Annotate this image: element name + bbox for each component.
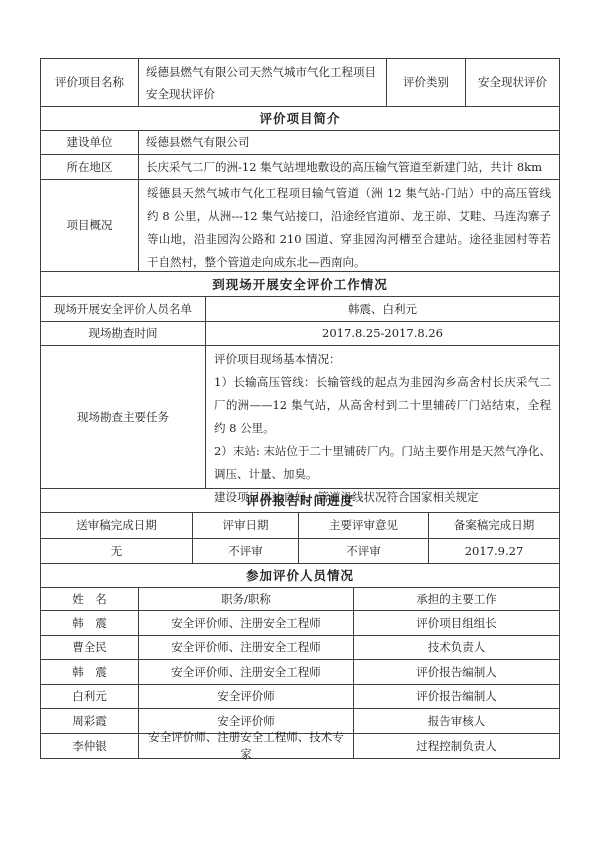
schedule-value-review-opinion: 不评审	[299, 539, 429, 563]
project-name-value: 绥德县燃气有限公司天然气城市气化工程项目安全现状评价	[139, 59, 387, 106]
project-overview-label: 项目概况	[41, 180, 139, 271]
evaluation-form-table: 评价项目名称 绥德县燃气有限公司天然气城市气化工程项目安全现状评价 评价类别 安…	[40, 58, 560, 759]
survey-tasks-paragraph: 2）末站: 末站位于二十里铺砖厂内。门站主要作用是天然气净化、调压、计量、加臭。	[214, 440, 551, 486]
project-overview-value: 绥德县天然气城市气化工程项目输气管道（洲 12 集气站-门站）中的高压管线约 8…	[139, 180, 559, 271]
document-page: 评价项目名称 绥德县燃气有限公司天然气城市气化工程项目安全现状评价 评价类别 安…	[0, 0, 600, 848]
table-row: 评价报告时间进度	[41, 489, 559, 513]
survey-tasks-label: 现场勘查主要任务	[41, 346, 206, 488]
participant-title: 安全评价师、注册安全工程师	[139, 636, 354, 659]
participant-role: 评价报告编制人	[354, 660, 559, 684]
participant-name: 周彩霞	[41, 709, 139, 733]
schedule-value-final-date: 2017.9.27	[429, 539, 559, 563]
participant-title: 安全评价师、注册安全工程师	[139, 611, 354, 635]
table-row: 项目概况 绥德县天然气城市气化工程项目输气管道（洲 12 集气站-门站）中的高压…	[41, 180, 559, 272]
section-title-participants: 参加评价人员情况	[41, 564, 559, 587]
evaluation-type-label: 评价类别	[387, 59, 466, 106]
survey-tasks-paragraph: 评价项目现场基本情况：	[214, 348, 551, 371]
participants-header-role: 承担的主要工作	[354, 588, 559, 610]
schedule-header-review-opinion: 主要评审意见	[299, 513, 429, 538]
schedule-header-review-date: 评审日期	[193, 513, 299, 538]
survey-tasks-paragraph: 1）长输高压管线：长输管线的起点为韭园沟乡高舍村长庆采气二厂的洲——12 集气站…	[214, 371, 551, 440]
participant-row: 韩 震 安全评价师、注册安全工程师 评价报告编制人	[41, 660, 559, 685]
participant-title: 安全评价师	[139, 685, 354, 708]
participants-header-title: 职务/职称	[139, 588, 354, 610]
participant-title: 安全评价师、注册安全工程师、技术专家	[139, 734, 354, 758]
construction-unit-value: 绥德县燃气有限公司	[139, 131, 559, 154]
table-row: 建设单位 绥德县燃气有限公司	[41, 131, 559, 155]
evaluation-type-value: 安全现状评价	[466, 59, 559, 106]
table-row: 姓 名 职务/职称 承担的主要工作	[41, 588, 559, 611]
participant-name: 白利元	[41, 685, 139, 708]
survey-personnel-value: 韩震、白利元	[206, 297, 559, 321]
table-row: 无 不评审 不评审 2017.9.27	[41, 539, 559, 564]
table-row: 参加评价人员情况	[41, 564, 559, 588]
location-value: 长庆采气二厂的洲-12 集气站埋地敷设的高压输气管道至新建门站，共计 8km	[139, 155, 559, 179]
participant-row: 李仲银 安全评价师、注册安全工程师、技术专家 过程控制负责人	[41, 734, 559, 758]
table-row: 评价项目简介	[41, 107, 559, 131]
project-name-label: 评价项目名称	[41, 59, 139, 106]
table-row: 现场开展安全评价人员名单 韩震、白利元	[41, 297, 559, 322]
participant-role: 技术负责人	[354, 636, 559, 659]
participant-row: 韩 震 安全评价师、注册安全工程师 评价项目组组长	[41, 611, 559, 636]
project-overview-text: 绥德县天然气城市气化工程项目输气管道（洲 12 集气站-门站）中的高压管线约 8…	[147, 182, 551, 274]
participant-role: 过程控制负责人	[354, 734, 559, 758]
participant-name: 曹全民	[41, 636, 139, 659]
participant-role: 报告审核人	[354, 709, 559, 733]
table-row: 现场勘查时间 2017.8.25-2017.8.26	[41, 322, 559, 346]
participants-header-name: 姓 名	[41, 588, 139, 610]
survey-time-label: 现场勘查时间	[41, 322, 206, 345]
survey-personnel-label: 现场开展安全评价人员名单	[41, 297, 206, 321]
participant-name: 韩 震	[41, 611, 139, 635]
schedule-header-final-date: 备案稿完成日期	[429, 513, 559, 538]
section-title-schedule: 评价报告时间进度	[41, 489, 559, 512]
schedule-header-draft-date: 送审稿完成日期	[41, 513, 193, 538]
participant-title: 安全评价师、注册安全工程师	[139, 660, 354, 684]
construction-unit-label: 建设单位	[41, 131, 139, 154]
participant-name: 韩 震	[41, 660, 139, 684]
participant-row: 白利元 安全评价师 评价报告编制人	[41, 685, 559, 709]
survey-time-value: 2017.8.25-2017.8.26	[206, 322, 559, 345]
participant-name: 李仲银	[41, 734, 139, 758]
section-title-intro: 评价项目简介	[41, 107, 559, 130]
table-row: 到现场开展安全评价工作情况	[41, 272, 559, 297]
schedule-value-review-date: 不评审	[193, 539, 299, 563]
table-row: 所在地区 长庆采气二厂的洲-12 集气站埋地敷设的高压输气管道至新建门站，共计 …	[41, 155, 559, 180]
participant-row: 曹全民 安全评价师、注册安全工程师 技术负责人	[41, 636, 559, 660]
survey-tasks-value: 评价项目现场基本情况： 1）长输高压管线：长输管线的起点为韭园沟乡高舍村长庆采气…	[206, 346, 559, 488]
table-row: 现场勘查主要任务 评价项目现场基本情况： 1）长输高压管线：长输管线的起点为韭园…	[41, 346, 559, 489]
location-label: 所在地区	[41, 155, 139, 179]
schedule-value-draft-date: 无	[41, 539, 193, 563]
table-row: 送审稿完成日期 评审日期 主要评审意见 备案稿完成日期	[41, 513, 559, 539]
participant-role: 评价报告编制人	[354, 685, 559, 708]
section-title-site-work: 到现场开展安全评价工作情况	[41, 272, 559, 296]
table-row: 评价项目名称 绥德县燃气有限公司天然气城市气化工程项目安全现状评价 评价类别 安…	[41, 59, 559, 107]
participant-role: 评价项目组组长	[354, 611, 559, 635]
